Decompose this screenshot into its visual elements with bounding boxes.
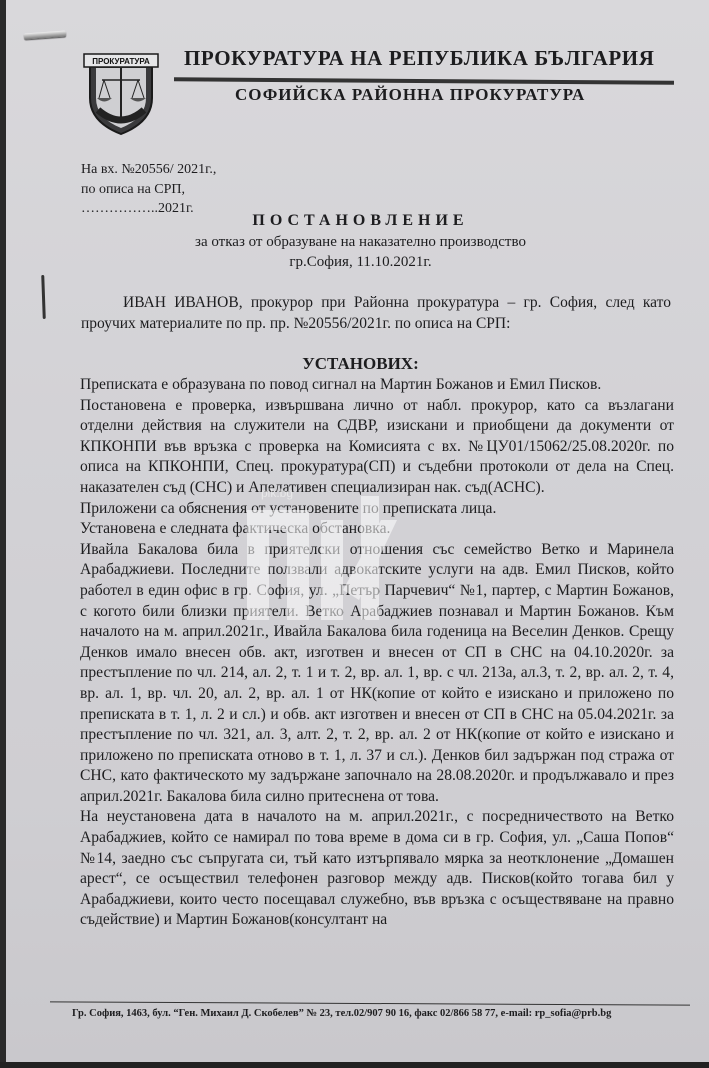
staple: [24, 31, 66, 40]
institution-subtitle: СОФИЙСКА РАЙОННА ПРОКУРАТУРА: [235, 85, 585, 105]
prosecution-emblem-icon: ПРОКУРАТУРА: [82, 48, 160, 136]
body-paragraph: Ивайла Бакалова била в приятелски отноше…: [80, 540, 674, 808]
body-paragraph: На неустановена дата в началото на м. ап…: [80, 807, 674, 931]
body-paragraph: Установена е следната фактическа обстано…: [80, 519, 674, 540]
section-heading: УСТАНОВИХ:: [6, 354, 709, 374]
svg-text:ПРОКУРАТУРА: ПРОКУРАТУРА: [92, 57, 150, 66]
body-paragraph: Преписката е образувана по повод сигнал …: [80, 375, 674, 396]
intro-paragraph: ИВАН ИВАНОВ, прокурор при Районна прокур…: [81, 292, 671, 334]
body-paragraph: Приложени са обяснения от установените п…: [80, 499, 674, 520]
footer-address: Гр. София, 1463, бул. “Ген. Михаил Д. Ск…: [72, 1008, 611, 1019]
margin-pen-mark: [41, 275, 46, 319]
body-paragraph: Постановена е проверка, извършвана лично…: [80, 396, 674, 499]
reference-registry: по описа на СРП,: [81, 182, 185, 198]
watermark-text: pik.bg: [261, 486, 293, 500]
document-place-date: гр.София, 11.10.2021г.: [6, 254, 709, 271]
document-title: ПОСТАНОВЛЕНИЕ: [6, 212, 709, 230]
institution-title: ПРОКУРАТУРА НА РЕПУБЛИКА БЪЛГАРИЯ: [184, 46, 655, 71]
footer-divider: [50, 1001, 690, 1005]
document-page: ПРОКУРАТУРА ПРОКУРАТУРА НА РЕПУБЛИКА БЪЛ…: [6, 0, 709, 1062]
document-subtitle: за отказ от образуване на наказателно пр…: [6, 234, 709, 251]
background-edge: [0, 1062, 709, 1068]
header-divider: [174, 77, 674, 84]
reference-number: На вх. №20556/ 2021г.,: [81, 162, 216, 178]
document-body: Преписката е образувана по повод сигнал …: [80, 375, 674, 931]
